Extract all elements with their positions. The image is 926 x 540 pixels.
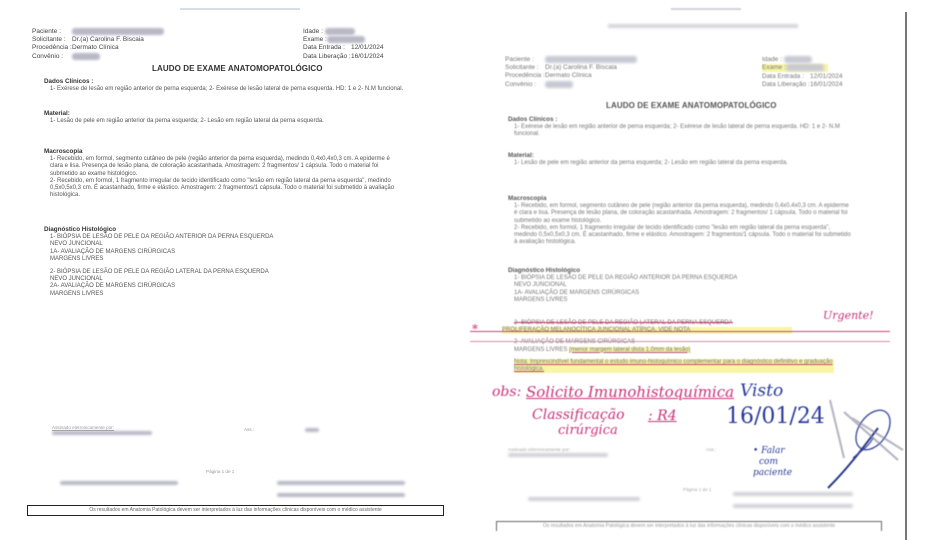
section-macroscopia: Macroscopia 1- Recebido, em formol, segm… — [508, 195, 853, 246]
diag-line: 1- BIÓPSIA DE LESÃO DE PELE DA REGIÃO AN… — [44, 234, 404, 241]
text-macroscopia-2: 2- Recebido, em formol, 1 fragmento irre… — [44, 178, 404, 200]
disclaimer-box: Os resultados em Anatomia Patológica dev… — [27, 505, 444, 516]
label-data-entrada: Data Entrada : — [303, 44, 351, 52]
text-material: 1- Lesão de pele em região anterior da p… — [508, 160, 848, 167]
redacted-doctor-3 — [277, 493, 405, 497]
signature-stamp — [808, 388, 908, 498]
signed-electronically-label: Assinado eletronicamente por: — [508, 447, 570, 452]
text-dados-clinicos: 1- Exérese de lesão em região anterior d… — [44, 86, 404, 93]
text-dados-clinicos: 1- Exérese de lesão em região anterior d… — [508, 124, 848, 138]
redacted-doctor-1 — [60, 481, 178, 485]
heading-macroscopia: Macroscopia — [44, 148, 404, 155]
section-diagnostico: Diagnóstico Histológico 1- BIÓPSIA DE LE… — [508, 267, 853, 304]
text-macroscopia-2: 2- Recebido, em formol, 1 fragmento irre… — [508, 225, 853, 247]
revised-diagnosis-2: 2- BIÓPSIA DE LESÃO DE PELE DA REGIÃO LA… — [514, 320, 854, 373]
label-exame: Exame : — [303, 36, 327, 44]
handwritten-obs-line-2: Classificação — [532, 407, 625, 423]
margin-note: (menor margem lateral dista 1.0mm da les… — [569, 347, 690, 353]
page-indicator: Página 1 de 1 — [206, 469, 234, 474]
page-edge — [905, 12, 907, 540]
handwritten-obs-line-3: cirúrgica — [558, 423, 618, 438]
redacted-convenio — [72, 53, 100, 60]
label-idade: Idade : — [762, 56, 784, 64]
diag-line: 2A- AVALIAÇÃO DE MARGENS CIRÚRGICAS — [44, 283, 404, 290]
redacted-signer — [52, 431, 152, 435]
value-procedencia: Dermato Clínica — [72, 44, 119, 51]
diag-line: 1A- AVALIAÇÃO DE MARGENS CIRÚRGICAS — [508, 290, 853, 297]
page-indicator: Página 1 de 1 — [683, 487, 711, 492]
report-title: LAUDO DE EXAME ANATOMOPATOLÓGICO — [606, 101, 777, 110]
heading-macroscopia: Macroscopia — [508, 195, 853, 202]
label-data-liberacao: Data Liberação : — [762, 81, 810, 89]
patient-info-right: Idade : Exame : Data Entrada :12/01/2024… — [303, 28, 384, 61]
redacted-exam-id — [327, 36, 365, 43]
disclaimer-box: Os resultados em Anatomia Patológica dev… — [496, 521, 882, 531]
handwritten-blue-note: • Falar com paciente — [753, 446, 792, 479]
patient-info-left: Paciente : Solicitante :Dr.(a) Carolina … — [32, 28, 164, 61]
diag-line: MARGENS LIVRES — [508, 297, 853, 304]
header-rule — [180, 8, 300, 10]
blue-note-line: paciente — [753, 468, 792, 479]
heading-diagnostico: Diagnóstico Histológico — [508, 267, 853, 274]
handwritten-visto: Visto — [740, 381, 783, 401]
diag-line: MARGENS LIVRES — [514, 347, 567, 353]
nota-imuno: Nota: Imprescindível fundamental o estud… — [514, 359, 834, 373]
redacted-patient-name — [545, 56, 637, 63]
value-solicitante: Dr.(a) Carolina F. Biscaia — [545, 64, 617, 71]
value-data-liberacao: 16/01/2024 — [351, 53, 384, 60]
value-procedencia: Dermato Clínica — [545, 72, 592, 79]
red-pen-line — [470, 331, 890, 332]
label-paciente: Paciente : — [505, 56, 545, 64]
blue-note-line: com — [753, 457, 792, 468]
text-material: 1- Lesão de pele em região anterior da p… — [44, 118, 404, 125]
label-convenio: Convênio : — [32, 53, 72, 61]
blue-note-line: • Falar — [753, 446, 792, 457]
handwritten-obs-line-1: Solicito Imunohistoquímica — [526, 383, 734, 401]
logo-line — [671, 8, 741, 10]
diag-line: 1- BIÓPSIA DE LESÃO DE PELE DA REGIÃO AN… — [508, 275, 853, 282]
label-procedencia: Procedência : — [505, 72, 545, 80]
heading-material: Material: — [44, 110, 404, 117]
handwritten-urgent: Urgente! — [823, 309, 874, 322]
value-data-liberacao: 16/01/2024 — [810, 81, 843, 88]
diag-line: MARGENS LIVRES — [44, 256, 404, 263]
label-paciente: Paciente : — [32, 28, 72, 36]
redacted-patient-name — [72, 28, 164, 35]
label-solicitante: Solicitante : — [32, 36, 72, 44]
label-exame: Exame : — [762, 64, 786, 72]
original-report-page: Paciente : Solicitante :Dr.(a) Carolina … — [0, 0, 470, 540]
patient-info-left: Paciente : Solicitante :Dr.(a) Carolina … — [505, 56, 637, 89]
redacted-doctor-1 — [528, 497, 640, 501]
ass-label: Ass.: — [706, 447, 716, 452]
text-macroscopia-1: 1- Recebido, em formol, segmento cutâneo… — [508, 203, 853, 225]
value-solicitante: Dr.(a) Carolina F. Biscaia — [72, 36, 144, 43]
diag-line: 2- BIÓPSIA DE LESÃO DE PELE DA REGIÃO LA… — [44, 269, 404, 276]
heading-dados-clinicos: Dados Clínicos : — [44, 78, 404, 85]
redacted-doctor-3 — [733, 504, 853, 508]
heading-material: Material: — [508, 152, 848, 159]
diag-line: NEVO JUNCIONAL — [508, 282, 853, 289]
heading-diagnostico: Diagnóstico Histológico — [44, 226, 404, 233]
value-data-entrada: 12/01/2024 — [351, 44, 384, 51]
patient-info-right: Idade : Exame : Data Entrada :12/01/2024… — [762, 56, 843, 89]
section-material: Material: 1- Lesão de pele em região ant… — [508, 152, 848, 167]
label-procedencia: Procedência : — [32, 44, 72, 52]
ass-label: Ass.: — [244, 427, 254, 432]
redacted-convenio — [545, 81, 573, 88]
text-macroscopia-1: 1- Recebido, em formol, segmento cutâneo… — [44, 156, 404, 178]
diag-line: NEVO JUNCIONAL — [44, 241, 404, 248]
redacted-exam-id — [786, 64, 824, 71]
redacted-doctor-2 — [733, 492, 853, 496]
report-title: LAUDO DE EXAME ANATOMOPATOLÓGICO — [152, 64, 323, 73]
redacted-age — [784, 56, 812, 63]
signed-electronically-label: Assinado eletronicamente por: — [52, 425, 114, 430]
redacted-age — [325, 28, 355, 35]
redacted-signer — [508, 453, 608, 457]
section-macroscopia: Macroscopia 1- Recebido, em formol, segm… — [44, 148, 404, 199]
label-convenio: Convênio : — [505, 81, 545, 89]
heading-dados-clinicos: Dados Clínicos : — [508, 116, 848, 123]
label-data-entrada: Data Entrada : — [762, 73, 810, 81]
diag-line: MARGENS LIVRES — [44, 291, 404, 298]
handwritten-obs-code: : R4 — [648, 408, 677, 424]
handwritten-obs-prefix: obs: — [492, 384, 521, 400]
annotated-report-page: Paciente : Solicitante :Dr.(a) Carolina … — [478, 0, 926, 540]
label-idade: Idade : — [303, 28, 325, 36]
lab-name-redacted — [608, 24, 798, 28]
section-dados-clinicos: Dados Clínicos : 1- Exérese de lesão em … — [44, 78, 404, 93]
redacted-doctor-2 — [277, 481, 405, 485]
label-data-liberacao: Data Liberação : — [303, 53, 351, 61]
diag-line: 1A- AVALIAÇÃO DE MARGENS CIRÚRGICAS — [44, 249, 404, 256]
section-diagnostico: Diagnóstico Histológico 1- BIÓPSIA DE LE… — [44, 226, 404, 298]
redacted-signature — [305, 428, 319, 432]
section-material: Material: 1- Lesão de pele em região ant… — [44, 110, 404, 125]
red-pen-line — [470, 341, 890, 342]
section-dados-clinicos: Dados Clínicos : 1- Exérese de lesão em … — [508, 116, 848, 139]
asterisk-mark: * — [472, 322, 478, 336]
label-solicitante: Solicitante : — [505, 64, 545, 72]
value-data-entrada: 12/01/2024 — [810, 73, 843, 80]
